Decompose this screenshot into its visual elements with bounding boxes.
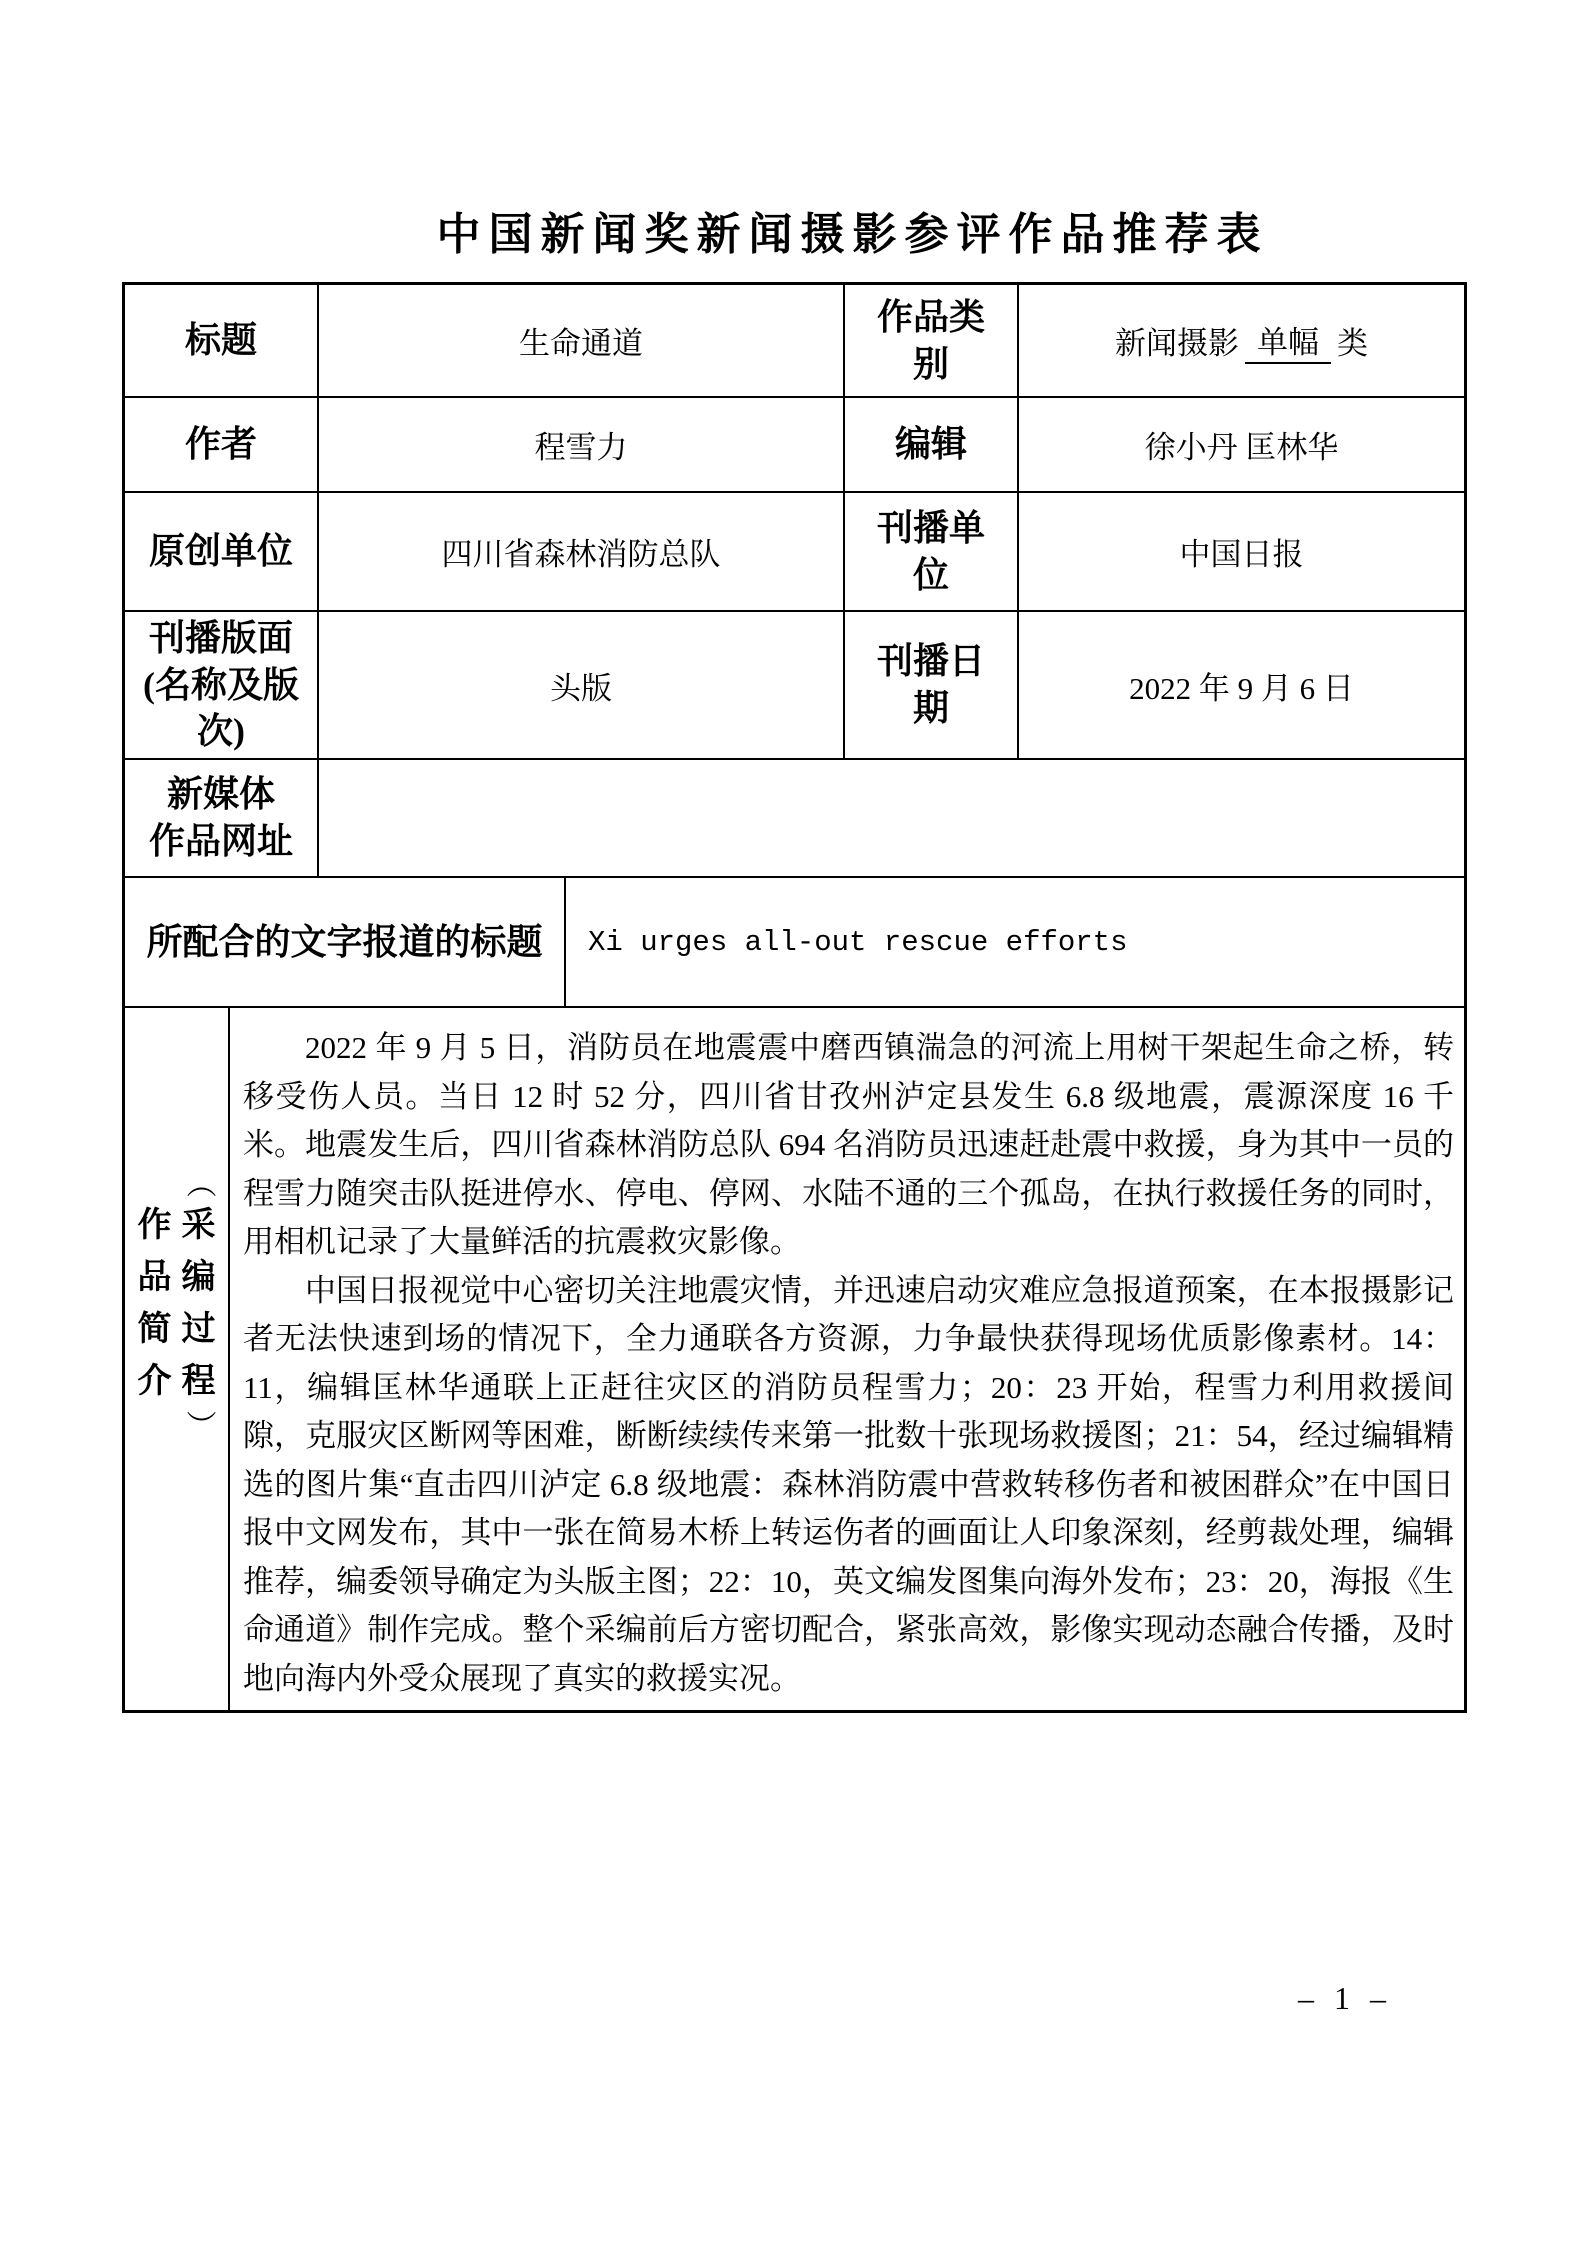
publish-page-label: 刊播版面 (名称及版 次)	[125, 612, 319, 758]
table-row-new-media-url: 新媒体 作品网址	[125, 760, 1464, 878]
original-unit-value: 四川省森林消防总队	[319, 493, 845, 610]
document-title: 中国新闻奖新闻摄影参评作品推荐表	[0, 198, 1587, 262]
publish-date-label: 刊播日 期	[845, 612, 1019, 758]
new-media-url-label-line2: 作品网址	[149, 818, 293, 865]
page: 中国新闻奖新闻摄影参评作品推荐表 标题 生命通道 作品类 别 新闻摄影单幅类 作…	[0, 0, 1587, 2245]
table-row-headline: 所配合的文字报道的标题 Xi urges all-out rescue effo…	[125, 878, 1464, 1008]
publish-unit-label: 刊播单 位	[845, 493, 1019, 610]
category-value-underlined: 单幅	[1245, 317, 1331, 364]
publish-page-label-line2: (名称及版	[143, 662, 299, 709]
author-value: 程雪力	[319, 398, 845, 491]
category-label: 作品类 别	[845, 285, 1019, 396]
publish-page-label-line1: 刊播版面	[143, 615, 299, 662]
new-media-url-label-line1: 新媒体	[149, 771, 293, 818]
intro-label-paren-open: （	[182, 1161, 216, 1205]
new-media-url-value	[319, 760, 1464, 876]
category-value-suffix: 类	[1337, 318, 1368, 363]
publish-unit-label-line2: 位	[877, 552, 985, 599]
intro-paragraph-1: 2022 年 9 月 5 日，消防员在地震震中磨西镇湍急的河流上用树干架起生命之…	[243, 1024, 1454, 1267]
table-row-author: 作者 程雪力 编辑 徐小丹 匡林华	[125, 398, 1464, 493]
editor-label: 编辑	[845, 398, 1019, 491]
title-label: 标题	[125, 285, 319, 396]
table-row-intro: 作品简介 （ 采编过程 ） 2022 年 9 月 5 日，消防员在地震震中磨西镇…	[125, 1008, 1464, 1710]
intro-paragraph-2: 中国日报视觉中心密切关注地震灾情，并迅速启动灾难应急报道预案，在本报摄影记者无法…	[243, 1267, 1454, 1704]
publish-unit-label-line1: 刊播单	[877, 505, 985, 552]
new-media-url-label: 新媒体 作品网址	[125, 760, 319, 876]
publish-date-label-line2: 期	[877, 685, 985, 732]
category-label-line2: 别	[877, 341, 985, 388]
publish-page-label-line3: 次)	[143, 708, 299, 755]
publish-date-value: 2022 年 9 月 6 日	[1019, 612, 1464, 758]
table-row-title: 标题 生命通道 作品类 别 新闻摄影单幅类	[125, 285, 1464, 398]
intro-label-main: 作品简介	[133, 1200, 177, 1408]
author-label: 作者	[125, 398, 319, 491]
publish-date-label-line1: 刊播日	[877, 638, 985, 685]
headline-label: 所配合的文字报道的标题	[125, 878, 566, 1006]
category-label-line1: 作品类	[877, 294, 985, 341]
table-row-original-unit: 原创单位 四川省森林消防总队 刊播单 位 中国日报	[125, 493, 1464, 612]
intro-label-paren-close: ）	[182, 1403, 216, 1447]
category-value: 新闻摄影单幅类	[1019, 285, 1464, 396]
publish-unit-value: 中国日报	[1019, 493, 1464, 610]
title-value: 生命通道	[319, 285, 845, 396]
publish-page-value: 头版	[319, 612, 845, 758]
table-row-publish-page: 刊播版面 (名称及版 次) 头版 刊播日 期 2022 年 9 月 6 日	[125, 612, 1464, 760]
original-unit-label: 原创单位	[125, 493, 319, 610]
intro-label-sub: 采编过程	[182, 1207, 216, 1400]
page-number: – 1 –	[1298, 1980, 1392, 2017]
headline-value: Xi urges all-out rescue efforts	[566, 878, 1464, 1006]
intro-body: 2022 年 9 月 5 日，消防员在地震震中磨西镇湍急的河流上用树干架起生命之…	[230, 1008, 1464, 1710]
category-value-prefix: 新闻摄影	[1115, 318, 1239, 363]
intro-vertical-label: 作品简介 （ 采编过程 ）	[125, 1008, 230, 1710]
editor-value: 徐小丹 匡林华	[1019, 398, 1464, 491]
recommendation-table: 标题 生命通道 作品类 别 新闻摄影单幅类 作者 程雪力 编辑 徐小丹 匡林华 …	[122, 282, 1467, 1713]
